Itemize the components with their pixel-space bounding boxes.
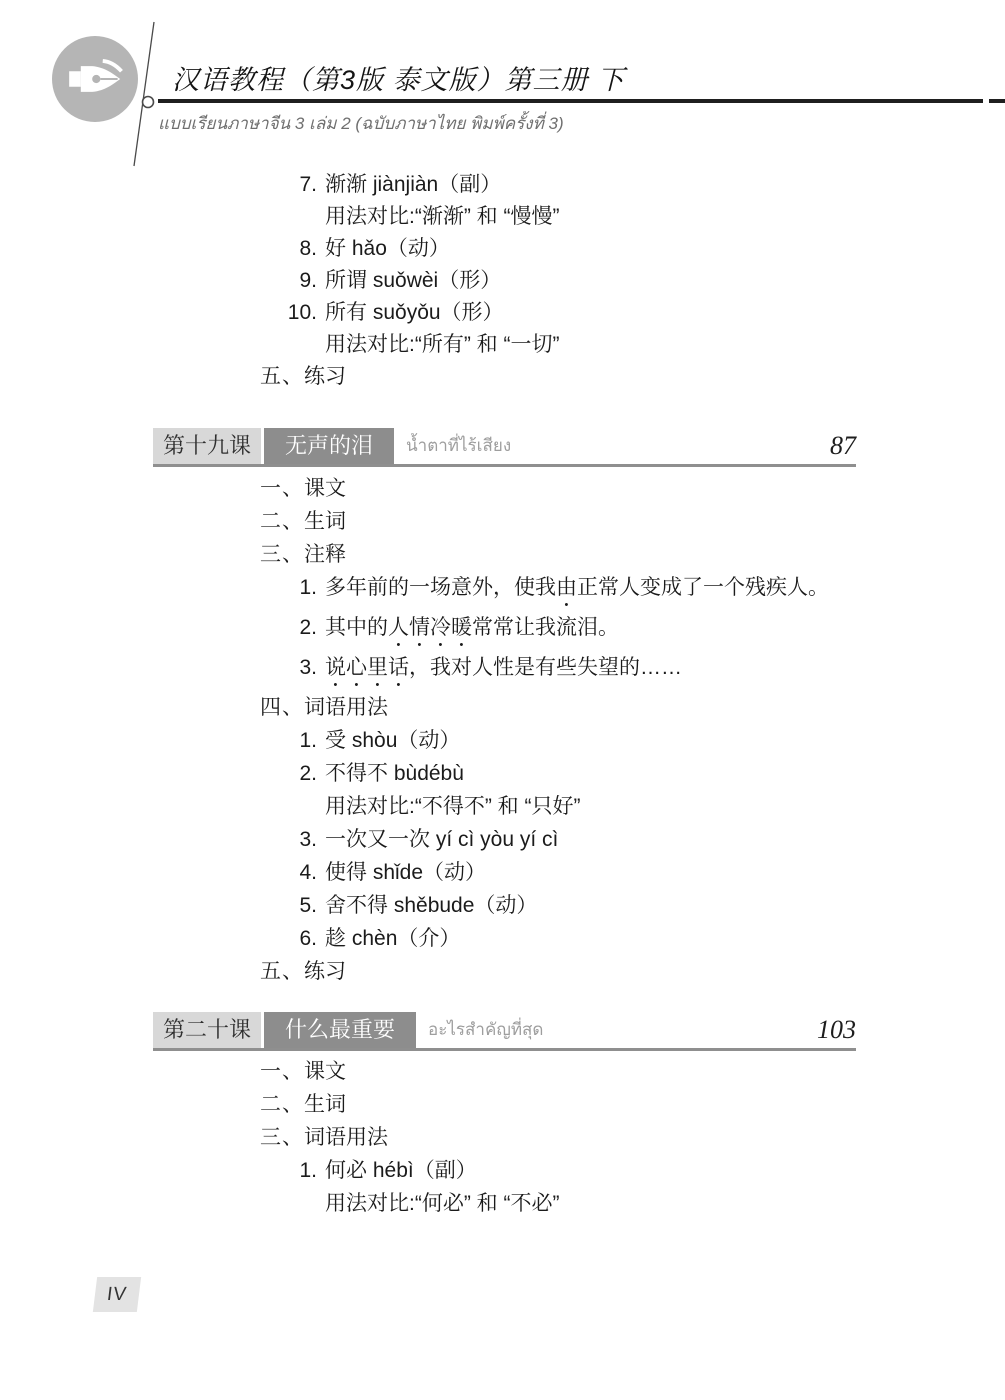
- item-text: 用法对比:“所有” 和 “一切”: [325, 333, 559, 356]
- section-label: 三、: [260, 1126, 304, 1149]
- item-text: 渐渐 jiànjiàn（副）: [325, 173, 501, 196]
- section-label: 五、: [260, 960, 304, 983]
- toc-intro-list: 7.渐渐 jiànjiàn（副）用法对比:“渐渐” 和 “慢慢”8.好 hǎo（…: [260, 169, 980, 393]
- lesson-20-items: 一、课文二、生词三、词语用法1.何必 hébì（副）用法对比:“何必” 和 “不…: [260, 1055, 980, 1220]
- toc-line-section: 二、生词: [260, 505, 980, 538]
- toc-line-numbered: 6.趁 chèn（介）: [260, 922, 980, 955]
- item-text: 舍不得 shěbude（动）: [325, 894, 537, 917]
- toc-line-numbered: 3.一次又一次 yí cì yòu yí cì: [260, 823, 980, 856]
- toc-line-sub: 用法对比:“何必” 和 “不必”: [325, 1187, 980, 1220]
- book-title: 汉语教程（第3版 泰文版）第三册 下: [172, 58, 625, 97]
- toc-line-section: 一、课文: [260, 1055, 980, 1088]
- section-label: 二、: [260, 510, 304, 533]
- lesson-19-items: 一、课文二、生词三、注释1.多年前的一场意外，使我由正常人变成了一个残疾人。2.…: [260, 472, 980, 988]
- toc-line-numbered: 7.渐渐 jiànjiàn（副）: [260, 169, 980, 201]
- toc-line-numbered: 2.其中的人情冷暖常常让我流泪。: [260, 611, 980, 651]
- pen-nib-icon: [64, 48, 126, 110]
- item-text: 不得不 bùdébù: [325, 762, 464, 785]
- item-text: 说心里话，我对人性是有些失望的……: [325, 656, 682, 679]
- item-number: 1.: [260, 571, 317, 604]
- item-text: 生词: [304, 1093, 346, 1116]
- lesson-page-number: 103: [817, 1015, 856, 1045]
- item-number: 10.: [260, 297, 317, 329]
- item-number: 1.: [260, 724, 317, 757]
- toc-line-sub: 用法对比:“所有” 和 “一切”: [325, 329, 980, 361]
- toc-line-section: 五、练习: [260, 361, 980, 393]
- item-text: 课文: [304, 1060, 346, 1083]
- toc-line-sub: 用法对比:“不得不” 和 “只好”: [325, 790, 980, 823]
- header-rule-segment: [989, 99, 1005, 103]
- item-number: 2.: [260, 757, 317, 790]
- item-number: 3.: [260, 823, 317, 856]
- item-text: 用法对比:“渐渐” 和 “慢慢”: [325, 205, 559, 228]
- lesson-title-thai: น้ำตาที่ไร้เสียง: [406, 428, 511, 464]
- lesson-number-badge: 第二十课: [153, 1012, 261, 1048]
- section-label: 一、: [260, 1060, 304, 1083]
- lesson-title-badge: 什么最重要: [264, 1012, 416, 1048]
- item-text: 用法对比:“不得不” 和 “只好”: [325, 795, 580, 818]
- item-number: 1.: [260, 1154, 317, 1187]
- book-toc-page: 汉语教程（第3版 泰文版）第三册 下 แบบเรียนภาษาจีน 3 เล่…: [0, 0, 1005, 1400]
- lesson-number-badge: 第十九课: [153, 428, 261, 464]
- book-subtitle-thai: แบบเรียนภาษาจีน 3 เล่ม 2 (ฉบับภาษาไทย พิ…: [158, 110, 564, 137]
- item-text: 课文: [304, 477, 346, 500]
- item-number: 6.: [260, 922, 317, 955]
- lesson-title-thai: อะไรสำคัญที่สุด: [428, 1012, 543, 1048]
- item-text: 使得 shǐde（动）: [325, 861, 486, 884]
- toc-line-numbered: 1.何必 hébì（副）: [260, 1154, 980, 1187]
- item-number: 7.: [260, 169, 317, 201]
- lesson-19-header: 第十九课无声的泪น้ำตาที่ไร้เสียง 87: [153, 428, 856, 467]
- toc-line-numbered: 8.好 hǎo（动）: [260, 233, 980, 265]
- lesson-page-number: 87: [830, 431, 856, 461]
- item-text: 所有 suǒyǒu（形）: [325, 301, 504, 324]
- toc-line-numbered: 1.受 shòu（动）: [260, 724, 980, 757]
- item-text: 生词: [304, 510, 346, 533]
- item-text: 何必 hébì（副）: [325, 1159, 477, 1182]
- toc-line-numbered: 1.多年前的一场意外，使我由正常人变成了一个残疾人。: [260, 571, 980, 611]
- item-text: 练习: [304, 365, 346, 388]
- toc-line-numbered: 5.舍不得 shěbude（动）: [260, 889, 980, 922]
- item-number: 4.: [260, 856, 317, 889]
- toc-line-numbered: 2.不得不 bùdébù: [260, 757, 980, 790]
- toc-line-section: 五、练习: [260, 955, 980, 988]
- section-label: 四、: [260, 696, 304, 719]
- item-text: 多年前的一场意外，使我由正常人变成了一个残疾人。: [325, 576, 829, 599]
- section-label: 一、: [260, 477, 304, 500]
- item-text: 好 hǎo（动）: [325, 237, 450, 260]
- toc-line-sub: 用法对比:“渐渐” 和 “慢慢”: [325, 201, 980, 233]
- item-text: 词语用法: [304, 1126, 388, 1149]
- item-number: 2.: [260, 611, 317, 644]
- toc-line-section: 四、词语用法: [260, 691, 980, 724]
- toc-line-section: 二、生词: [260, 1088, 980, 1121]
- lesson-20-header: 第二十课什么最重要อะไรสำคัญที่สุด 103: [153, 1012, 856, 1051]
- item-number: 9.: [260, 265, 317, 297]
- item-number: 3.: [260, 651, 317, 684]
- section-label: 二、: [260, 1093, 304, 1116]
- item-text: 词语用法: [304, 696, 388, 719]
- toc-line-section: 三、注释: [260, 538, 980, 571]
- toc-line-numbered: 3.说心里话，我对人性是有些失望的……: [260, 651, 980, 691]
- lesson-title-badge: 无声的泪: [264, 428, 394, 464]
- item-text: 其中的人情冷暖常常让我流泪。: [325, 616, 619, 639]
- toc-line-section: 一、课文: [260, 472, 980, 505]
- page-number-marker: IV: [93, 1277, 141, 1312]
- item-text: 所谓 suǒwèi（形）: [325, 269, 501, 292]
- item-number: 5.: [260, 889, 317, 922]
- item-text: 练习: [304, 960, 346, 983]
- header-rule: [158, 99, 983, 103]
- toc-line-section: 三、词语用法: [260, 1121, 980, 1154]
- item-text: 用法对比:“何必” 和 “不必”: [325, 1192, 559, 1215]
- item-text: 受 shòu（动）: [325, 729, 460, 752]
- item-text: 注释: [304, 543, 346, 566]
- item-number: 8.: [260, 233, 317, 265]
- section-label: 三、: [260, 543, 304, 566]
- section-label: 五、: [260, 365, 304, 388]
- item-text: 趁 chèn（介）: [325, 927, 460, 950]
- toc-line-numbered: 4.使得 shǐde（动）: [260, 856, 980, 889]
- item-text: 一次又一次 yí cì yòu yí cì: [325, 828, 558, 851]
- toc-line-numbered: 9.所谓 suǒwèi（形）: [260, 265, 980, 297]
- toc-line-numbered: 10.所有 suǒyǒu（形）: [260, 297, 980, 329]
